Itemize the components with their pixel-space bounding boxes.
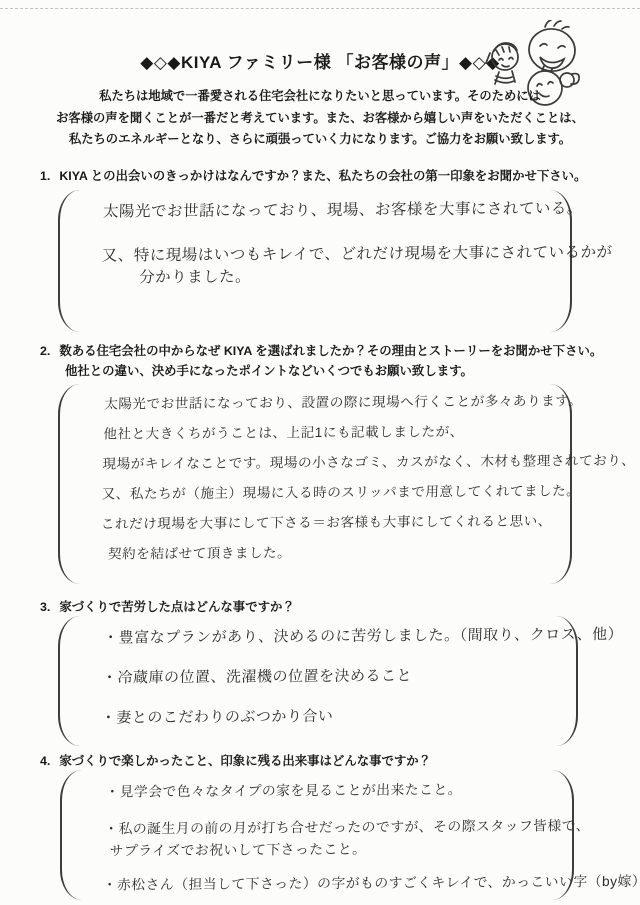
intro-line: 私たちのエネルギーとなり、さらに頑張っていく力になります。ご協力をお願い致します… <box>0 129 640 151</box>
handwritten-line: 太陽光でお世話になっており、設置の際に現場へ行くことが多々あります。 <box>104 390 545 415</box>
handwritten-line: ・赤松さん（担当して下さった）の字がものすごくキレイで、かっこいい字（by嫁） <box>102 871 543 896</box>
question-2-label-line2: 他社との違い、決め手になったポイントなどいくつでもお願い致します。 <box>65 361 612 381</box>
left-parenthesis-border <box>58 384 86 584</box>
question-2-number: 2. <box>40 341 50 361</box>
scanned-questionnaire-page: ◆◇◆KIYA ファミリー様 「お客様の声」◆◇◆ 私たちは地域で一番愛される住… <box>0 0 640 905</box>
left-parenthesis-border <box>58 616 86 746</box>
question-4-number: 4. <box>40 751 50 771</box>
handwritten-line: サプライズでお祝いして下さったこと。 <box>109 837 544 862</box>
handwritten-answer-2: 太陽光でお世話になっており、設置の際に現場へ行くことが多々あります。 他社と大き… <box>99 390 544 573</box>
question-2-label: 数ある住宅会社の中からなぜ KIYA を選ばれましたか？その理由とストーリーをお… <box>59 344 602 358</box>
handwritten-line: 太陽光でお世話になっており、現場、お客様を大事にされている。 <box>103 198 544 223</box>
intro-line: お客様の声を聞くことが一番だと考えています。また、お客様から嬉しい声をいただくこ… <box>0 108 640 130</box>
question-3-number: 3. <box>40 597 50 617</box>
handwritten-answer-1: 太陽光でお世話になっており、現場、お客様を大事にされている。 又、特に現場はいつ… <box>101 198 543 289</box>
answer-box-2: 太陽光でお世話になっており、設置の際に現場へ行くことが多々あります。 他社と大き… <box>58 384 572 584</box>
answer-box-4: ・見学会で色々なタイプの家を見ることが出来たこと。 ・私の誕生月の前の月が打ち合… <box>60 770 574 900</box>
left-parenthesis-border <box>58 190 86 332</box>
handwritten-answer-3: ・豊富なプランがあり、決めるのに苦労しました。（間取り、クロス、他） ・冷蔵庫の… <box>101 624 550 729</box>
answer-box-1: 太陽光でお世話になっており、現場、お客様を大事にされている。 又、特に現場はいつ… <box>58 190 572 332</box>
question-1-number: 1. <box>40 166 50 186</box>
handwritten-line: 他社と大きくちがうことは、上記1にも記載しましたが、 <box>103 420 544 445</box>
handwritten-line: ・冷蔵庫の位置、洗濯機の位置を決めること <box>102 664 549 689</box>
question-1-heading: 1.KIYA との出会いのきっかけはなんですか？また、私たちの会社の第一印象をお… <box>40 166 612 186</box>
handwritten-line: ・見学会で色々なタイプの家を見ることが出来たこと。 <box>105 778 546 803</box>
handwritten-line: ・豊富なプランがあり、決めるのに苦労しました。（間取り、クロス、他） <box>103 624 550 649</box>
question-4-label: 家づくりで楽しかったこと、印象に残る出来事はどんな事ですか？ <box>59 754 431 768</box>
intro-text: 私たちは地域で一番愛される住宅会社になりたいと思っています。そのためには お客様… <box>0 86 640 151</box>
question-4-heading: 4.家づくりで楽しかったこと、印象に残る出来事はどんな事ですか？ <box>40 751 612 771</box>
question-1-label: KIYA との出会いのきっかけはなんですか？また、私たちの会社の第一印象をお聞か… <box>59 169 586 183</box>
scan-artifact-line <box>0 8 640 9</box>
handwritten-line: 現場がキレイなことです。現場の小さなゴミ、カスがなく、木材も整理されており、 <box>102 450 543 475</box>
handwritten-line: ・妻とのこだわりのぶつかり合い <box>101 704 548 729</box>
handwritten-answer-4: ・見学会で色々なタイプの家を見ることが出来たこと。 ・私の誕生月の前の月が打ち合… <box>102 778 545 896</box>
intro-line: 私たちは地域で一番愛される住宅会社になりたいと思っています。そのためには <box>0 86 640 108</box>
handwritten-line: 契約を結ばせて頂きました。 <box>108 540 541 565</box>
answer-box-3: ・豊富なプランがあり、決めるのに苦労しました。（間取り、クロス、他） ・冷蔵庫の… <box>58 616 578 746</box>
handwritten-line: これだけ現場を大事にして下さる＝お客様も大事にしてくれると思い、 <box>101 510 542 535</box>
question-3-heading: 3.家づくりで苦労した点はどんな事ですか？ <box>40 597 612 617</box>
question-2-heading: 2.数ある住宅会社の中からなぜ KIYA を選ばれましたか？その理由とストーリー… <box>40 341 612 381</box>
handwritten-line: ・私の誕生月の前の月が打ち合せだったのですが、その際スタッフ皆様で、 <box>104 815 545 840</box>
handwritten-line: 又、特に現場はいつもキレイで、どれだけ現場を大事にされているかが <box>101 242 542 267</box>
handwritten-line: 又、私たちが（施主）現場に入る時のスリッパまで用意してくれてました。 <box>101 480 542 505</box>
question-3-label: 家づくりで苦労した点はどんな事ですか？ <box>59 600 294 614</box>
left-parenthesis-border <box>60 770 88 900</box>
handwritten-line: 分かりました。 <box>139 264 542 289</box>
